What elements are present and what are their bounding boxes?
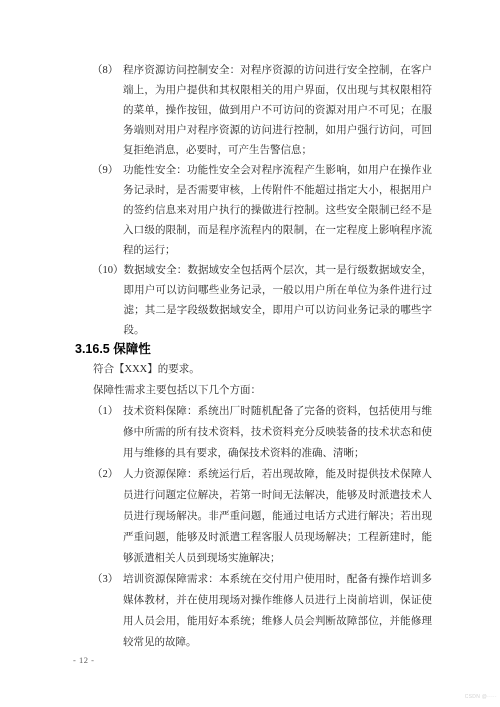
item-text: 功能性安全：功能性安全会对程序流程产生影响，如用户在操作业务记录时，是否需要审核…	[123, 161, 432, 261]
support-list: （1） 技术资料保障：系统出厂时随机配备了完备的资料，包括使用与维修中所需的所有…	[75, 401, 432, 653]
item-number: （9）	[92, 161, 123, 261]
item-text: 程序资源访问控制安全：对程序资源的访问进行安全控制，在客户端上，为用户提供和其权…	[123, 61, 432, 161]
page-content: （8） 程序资源访问控制安全：对程序资源的访问进行安全控制，在客户端上，为用户提…	[75, 61, 432, 653]
csdn-watermark: CSDN @·····	[465, 694, 497, 700]
item-number: （8）	[92, 61, 123, 161]
item-number: （2）	[92, 464, 123, 569]
list-item: （3） 培训资源保障需求：本系统在交付用户使用时，配备有操作培训多媒体教材，并在…	[75, 569, 432, 653]
section-heading: 3.16.5 保障性	[75, 342, 432, 357]
document-page: （8） 程序资源访问控制安全：对程序资源的访问进行安全控制，在客户端上，为用户提…	[0, 0, 500, 707]
list-item: （2） 人力资源保障：系统运行后，若出现故障，能及时提供技术保障人员进行问题定位…	[75, 464, 432, 569]
page-number: - 12 -	[73, 655, 94, 665]
list-item: （10） 数据域安全：数据域安全包括两个层次，其一是行级数据域安全，即用户可以访…	[75, 261, 432, 341]
item-text: 人力资源保障：系统运行后，若出现故障，能及时提供技术保障人员进行问题定位解决，若…	[123, 464, 432, 569]
item-text: 培训资源保障需求：本系统在交付用户使用时，配备有操作培训多媒体教材，并在使用现场…	[123, 569, 432, 653]
item-number: （1）	[92, 401, 123, 464]
intro-paragraph: 保障性需求主要包括以下几个方面：	[93, 380, 432, 401]
list-item: （1） 技术资料保障：系统出厂时随机配备了完备的资料，包括使用与维修中所需的所有…	[75, 401, 432, 464]
list-item: （8） 程序资源访问控制安全：对程序资源的访问进行安全控制，在客户端上，为用户提…	[75, 61, 432, 161]
section-intro: 符合【XXX】的要求。 保障性需求主要包括以下几个方面：	[75, 359, 432, 401]
list-item: （9） 功能性安全：功能性安全会对程序流程产生影响，如用户在操作业务记录时，是否…	[75, 161, 432, 261]
item-text: 数据域安全：数据域安全包括两个层次，其一是行级数据域安全，即用户可以访问哪些业务…	[124, 261, 433, 341]
item-text: 技术资料保障：系统出厂时随机配备了完备的资料，包括使用与维修中所需的所有技术资料…	[123, 401, 432, 464]
intro-paragraph: 符合【XXX】的要求。	[93, 359, 432, 380]
item-number: （10）	[92, 261, 124, 341]
security-list: （8） 程序资源访问控制安全：对程序资源的访问进行安全控制，在客户端上，为用户提…	[75, 61, 432, 341]
item-number: （3）	[92, 569, 123, 653]
